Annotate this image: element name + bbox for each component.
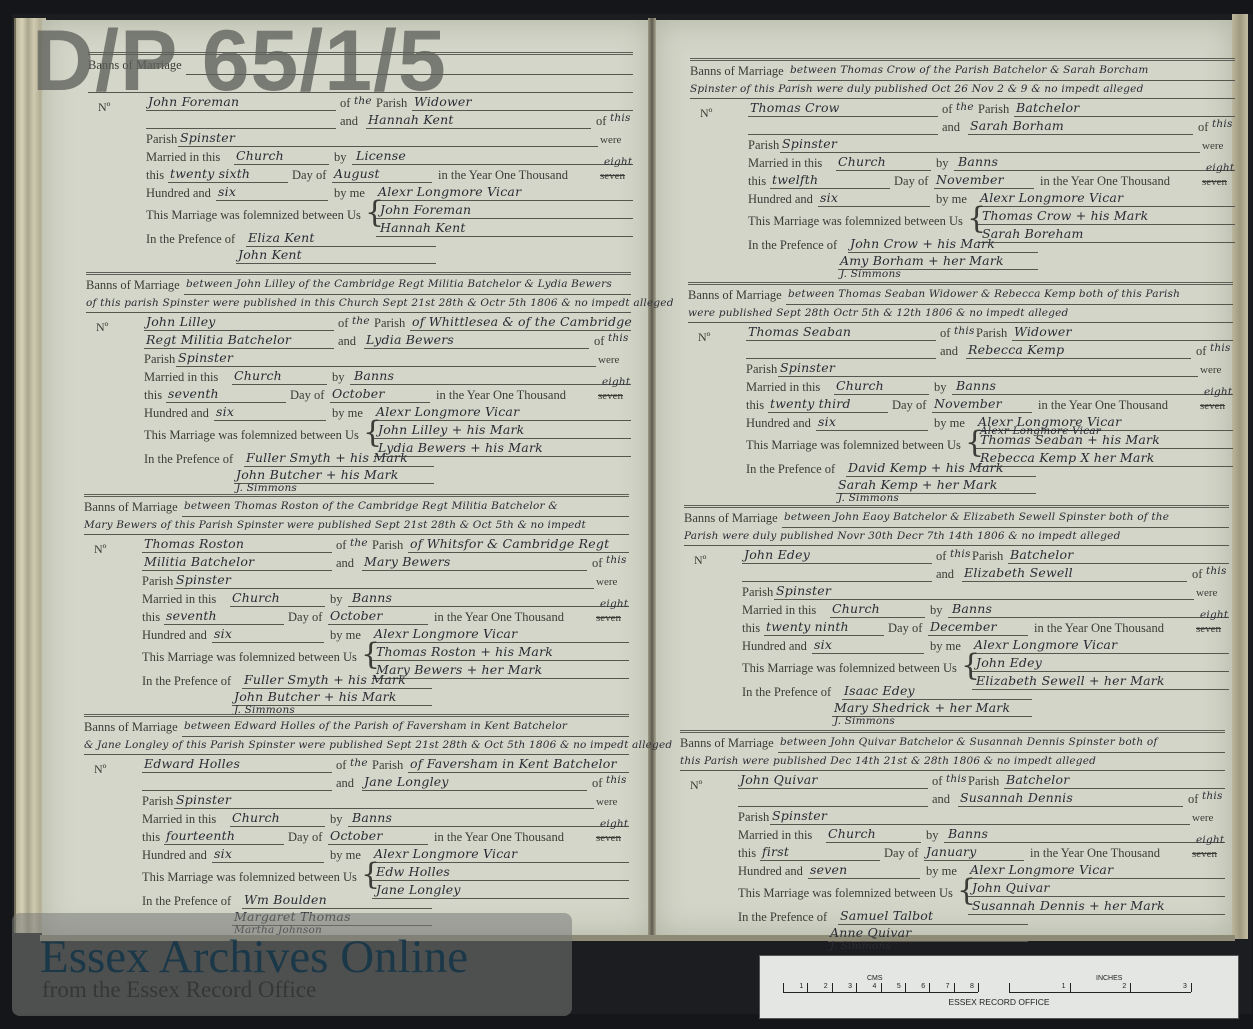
marriage-method: Banns bbox=[958, 154, 998, 169]
day-of-label: Day of bbox=[292, 168, 326, 183]
of-label: of bbox=[1198, 120, 1208, 135]
groom-parish-underline bbox=[1008, 563, 1229, 564]
day-underline bbox=[168, 182, 288, 183]
bride-name: Mary Bewers bbox=[364, 554, 451, 569]
groom-parish-status: Batchelor bbox=[1006, 772, 1069, 787]
by-label: by bbox=[926, 828, 939, 843]
entry-top-rule bbox=[84, 714, 629, 717]
ruler-tick bbox=[783, 983, 784, 992]
groom-name: Thomas Seaban bbox=[748, 324, 851, 339]
signature-underline bbox=[372, 660, 629, 661]
banns-text-line1: between Thomas Roston of the Cambridge R… bbox=[184, 500, 558, 512]
witness-underline bbox=[236, 263, 436, 264]
groom-of-word: the bbox=[956, 101, 974, 113]
banns-label: Banns of Marriage bbox=[84, 500, 178, 515]
by-label: by bbox=[330, 592, 343, 607]
entry-number-label: Nº bbox=[698, 330, 710, 345]
presence-label: In the Prefence of bbox=[142, 674, 231, 689]
year-inserted-word: eight bbox=[1196, 834, 1224, 846]
groom-underline bbox=[738, 788, 928, 789]
signature-underline bbox=[372, 678, 629, 679]
groom-underline bbox=[142, 552, 332, 553]
ruler-tick-label: 7 bbox=[946, 983, 950, 990]
banns-underline bbox=[182, 516, 629, 517]
hundred-and-label: Hundred and bbox=[746, 416, 811, 431]
marriage-entry: Banns of Marriagebetween Thomas Roston o… bbox=[84, 494, 629, 709]
marriage-month: January bbox=[926, 844, 976, 859]
officiant-signature: Alexr Longmore Vicar bbox=[374, 626, 517, 641]
year-hundred-word: six bbox=[216, 404, 234, 419]
marriage-month: August bbox=[334, 166, 380, 181]
banns-underline bbox=[782, 527, 1229, 528]
method-underline bbox=[948, 617, 1229, 618]
entry-top-rule bbox=[680, 730, 1225, 733]
witness-3: J. Simmons bbox=[830, 940, 891, 952]
bride-status: Spinster bbox=[782, 136, 837, 151]
marriage-place: Church bbox=[828, 826, 876, 841]
signature-underline bbox=[976, 448, 1233, 449]
groom-name: John Edey bbox=[744, 547, 810, 562]
of-label: of bbox=[338, 316, 348, 331]
book-spine bbox=[648, 18, 656, 938]
and-label: and bbox=[336, 776, 354, 791]
year-struck-word: seven bbox=[596, 832, 621, 844]
and-label: and bbox=[338, 334, 356, 349]
solemnized-label: This Marriage was folemnized between Us bbox=[144, 428, 359, 443]
signature-underline bbox=[968, 896, 1225, 897]
hundred-and-label: Hundred and bbox=[742, 639, 807, 654]
bride-underline bbox=[362, 570, 587, 571]
bride-status-underline bbox=[770, 824, 1190, 825]
year-label: in the Year One Thousand bbox=[1040, 174, 1170, 189]
groom-signature: John Edey bbox=[976, 655, 1042, 670]
place-underline bbox=[834, 394, 929, 395]
ruler-tick bbox=[929, 983, 930, 992]
ruler-tick-label: 8 bbox=[970, 983, 974, 990]
banns-underline bbox=[84, 754, 629, 755]
bride-status-underline bbox=[174, 808, 594, 809]
bride-underline bbox=[962, 581, 1187, 582]
marriage-month: October bbox=[332, 386, 385, 401]
groom-parish-underline bbox=[1012, 340, 1233, 341]
year-label: in the Year One Thousand bbox=[438, 168, 568, 183]
were-label: were bbox=[596, 576, 617, 588]
were-label: were bbox=[598, 354, 619, 366]
entry-top-rule bbox=[690, 58, 1235, 61]
year-inserted-word: eight bbox=[1206, 162, 1234, 174]
presence-label: In the Prefence of bbox=[144, 452, 233, 467]
presence-label: In the Prefence of bbox=[748, 238, 837, 253]
by-label: by bbox=[930, 603, 943, 618]
bride-signature: Susannah Dennis + her Mark bbox=[972, 898, 1165, 913]
year-hundred-word: six bbox=[820, 190, 838, 205]
marriage-method: License bbox=[356, 148, 406, 163]
marriage-day: first bbox=[762, 844, 789, 859]
signature-underline bbox=[972, 689, 1229, 690]
groom-signature: Edw Holles bbox=[376, 864, 450, 879]
bride-of-word: this bbox=[610, 112, 631, 124]
banns-text-line2: Parish were duly published Novr 30th Dec… bbox=[684, 530, 1121, 542]
of-label: of bbox=[594, 334, 604, 349]
groom-parish-underline bbox=[408, 772, 629, 773]
signature-underline bbox=[372, 898, 629, 899]
witness-1: Eliza Kent bbox=[248, 230, 315, 245]
ruler-tick-label: 1 bbox=[799, 983, 803, 990]
of-label: of bbox=[596, 114, 606, 129]
of-label: of bbox=[932, 774, 942, 789]
parish-label: Parish bbox=[142, 794, 173, 809]
ruler-tick-label: 4 bbox=[873, 983, 877, 990]
bride-status: Spinster bbox=[772, 808, 827, 823]
month-underline bbox=[328, 844, 428, 845]
marriage-place: Church bbox=[836, 378, 884, 393]
month-underline bbox=[934, 188, 1034, 189]
place-underline bbox=[234, 164, 329, 165]
bride-status: Spinster bbox=[176, 572, 231, 587]
entry-number-label: Nº bbox=[96, 320, 108, 335]
entry-number-label: Nº bbox=[700, 106, 712, 121]
hundred-underline bbox=[818, 206, 930, 207]
day-underline bbox=[164, 624, 284, 625]
banns-text-line2: this Parish were published Dec 14th 21st… bbox=[680, 755, 1096, 767]
ruler-tick bbox=[1009, 983, 1010, 992]
marriage-method: Banns bbox=[952, 601, 992, 616]
method-underline bbox=[954, 170, 1235, 171]
ruler-inches-label: INCHES bbox=[1096, 975, 1122, 982]
hundred-underline bbox=[812, 653, 924, 654]
groom-parish-status: Widower bbox=[1014, 324, 1072, 339]
entry-top-rule bbox=[684, 505, 1229, 508]
ruler-tick bbox=[1130, 983, 1131, 992]
officiant-signature: Alexr Longmore Vicar bbox=[374, 846, 517, 861]
marriage-entry: Banns of Marriagebetween John Lilley of … bbox=[86, 272, 631, 487]
entry-number-label: Nº bbox=[690, 778, 702, 793]
married-in-label: Married in this bbox=[142, 592, 216, 607]
married-in-label: Married in this bbox=[742, 603, 816, 618]
groom-parish-status: of Whitsfor & Cambridge Regt bbox=[410, 536, 609, 551]
method-underline bbox=[944, 842, 1225, 843]
groom-parish-status: Batchelor bbox=[1010, 547, 1073, 562]
year-label: in the Year One Thousand bbox=[434, 830, 564, 845]
bride-underline bbox=[364, 348, 589, 349]
bride-status-underline bbox=[176, 366, 596, 367]
marriage-month: October bbox=[330, 608, 383, 623]
month-underline bbox=[924, 860, 1024, 861]
day-underline bbox=[764, 635, 884, 636]
banns-text-line2: Spinster of this Parish were duly publis… bbox=[690, 83, 1144, 95]
witness-1: John Crow + his Mark bbox=[850, 236, 995, 251]
bride-status-underline bbox=[178, 146, 598, 147]
this-label: this bbox=[738, 846, 756, 861]
bride-status: Spinster bbox=[776, 583, 831, 598]
signature-underline bbox=[376, 236, 633, 237]
bride-underline bbox=[958, 806, 1183, 807]
by-me-label: by me bbox=[930, 639, 961, 654]
hundred-underline bbox=[816, 430, 928, 431]
witness-2: John Butcher + his Mark bbox=[236, 467, 399, 482]
and-label: and bbox=[336, 556, 354, 571]
officiant-underline bbox=[978, 206, 1235, 207]
by-me-label: by me bbox=[936, 192, 967, 207]
ruler-tick bbox=[978, 983, 979, 992]
were-label: were bbox=[1200, 364, 1221, 376]
marriage-method: Banns bbox=[352, 590, 392, 605]
day-underline bbox=[164, 844, 284, 845]
hundred-and-label: Hundred and bbox=[142, 848, 207, 863]
ruler-tick-label: 2 bbox=[1122, 983, 1126, 990]
parish-label: Parish bbox=[146, 132, 177, 147]
marriage-month: December bbox=[930, 619, 997, 634]
presence-label: In the Prefence of bbox=[746, 462, 835, 477]
banns-underline bbox=[778, 752, 1225, 753]
groom-name: John Lilley bbox=[146, 314, 216, 329]
presence-label: In the Prefence of bbox=[142, 894, 231, 909]
of-label: of bbox=[592, 556, 602, 571]
officiant-signature: Alexr Longmore Vicar bbox=[974, 637, 1117, 652]
banns-underline bbox=[688, 322, 1233, 323]
groom-signature: Thomas Crow + his Mark bbox=[982, 208, 1148, 223]
groom-underline bbox=[746, 340, 936, 341]
witness-1: Samuel Talbot bbox=[840, 908, 933, 923]
inch-scale: 123 bbox=[1009, 982, 1191, 993]
day-of-label: Day of bbox=[884, 846, 918, 861]
bride-of-word: this bbox=[608, 332, 629, 344]
marriage-place: Church bbox=[232, 810, 280, 825]
day-of-label: Day of bbox=[892, 398, 926, 413]
parish-label: Parish bbox=[738, 810, 769, 825]
year-label: in the Year One Thousand bbox=[1030, 846, 1160, 861]
witness-1: Wm Boulden bbox=[244, 892, 327, 907]
bride-status: Spinster bbox=[180, 130, 235, 145]
groom-parish-status-cont: Militia Batchelor bbox=[144, 554, 254, 569]
witness-3: J. Simmons bbox=[838, 492, 899, 504]
banns-text-line2: Mary Bewers of this Parish Spinster were… bbox=[84, 519, 586, 531]
groom-parish-status: Batchelor bbox=[1016, 100, 1079, 115]
groom-cont-underline bbox=[142, 570, 332, 571]
branding-title: Essex Archives Online bbox=[40, 932, 468, 982]
ruler-tick-label: 6 bbox=[921, 983, 925, 990]
marriage-entry: Banns of Marriagebetween Thomas Seaban W… bbox=[688, 282, 1233, 497]
hundred-and-label: Hundred and bbox=[144, 406, 209, 421]
marriage-method: Banns bbox=[948, 826, 988, 841]
day-underline bbox=[166, 402, 286, 403]
signature-underline bbox=[374, 438, 631, 439]
cm-scale: 12345678 bbox=[783, 982, 978, 993]
banns-underline bbox=[184, 294, 631, 295]
of-label: of bbox=[1188, 792, 1198, 807]
groom-signature: Thomas Seaban + his Mark bbox=[980, 432, 1160, 447]
married-in-label: Married in this bbox=[146, 150, 220, 165]
banns-text-line1: between John Lilley of the Cambridge Reg… bbox=[186, 278, 612, 290]
banns-underline bbox=[690, 98, 1235, 99]
bride-of-word: this bbox=[1202, 790, 1223, 802]
parish-label: Parish bbox=[976, 326, 1007, 341]
marriage-place: Church bbox=[232, 590, 280, 605]
banns-underline bbox=[786, 304, 1233, 305]
by-label: by bbox=[934, 380, 947, 395]
month-underline bbox=[332, 182, 432, 183]
entry-number-label: Nº bbox=[694, 553, 706, 568]
year-struck-word: seven bbox=[598, 390, 623, 402]
marriage-day: fourteenth bbox=[166, 828, 235, 843]
parish-label: Parish bbox=[144, 352, 175, 367]
groom-of-word: the bbox=[352, 315, 370, 327]
entry-number-label: Nº bbox=[94, 542, 106, 557]
witness-2: Sarah Kemp + her Mark bbox=[838, 477, 998, 492]
parish-label: Parish bbox=[968, 774, 999, 789]
marriage-entry: Banns of Marriagebetween John Quivar Bat… bbox=[680, 730, 1225, 945]
and-label: and bbox=[936, 567, 954, 582]
banns-text-line2: of this parish Spinster were published i… bbox=[86, 297, 674, 309]
groom-of-word: this bbox=[954, 325, 975, 337]
bride-status-underline bbox=[778, 376, 1198, 377]
officiant-signature: Alexr Longmore Vicar bbox=[378, 184, 521, 199]
solemnized-label: This Marriage was folemnized between Us bbox=[748, 214, 963, 229]
banns-label: Banns of Marriage bbox=[690, 64, 784, 79]
officiant-signature: Alexr Longmore Vicar bbox=[376, 404, 519, 419]
marriage-entry: Banns of Marriagebetween Thomas Crow of … bbox=[690, 58, 1235, 273]
place-underline bbox=[232, 384, 327, 385]
year-struck-word: seven bbox=[1202, 176, 1227, 188]
this-label: this bbox=[748, 174, 766, 189]
year-label: in the Year One Thousand bbox=[1034, 621, 1164, 636]
banns-text-line1: between Thomas Crow of the Parish Batche… bbox=[790, 64, 1149, 76]
banns-text-line1: between John Quivar Batchelor & Susannah… bbox=[780, 736, 1157, 748]
bride-of-word: this bbox=[1212, 118, 1233, 130]
ruler-tick bbox=[1070, 983, 1071, 992]
ruler-cms-label: CMS bbox=[867, 975, 883, 982]
by-label: by bbox=[330, 812, 343, 827]
of-label: of bbox=[336, 538, 346, 553]
banns-text-line1: between Thomas Seaban Widower & Rebecca … bbox=[788, 288, 1180, 300]
marriage-day: twelfth bbox=[772, 172, 818, 187]
bride-underline bbox=[968, 134, 1193, 135]
banns-underline bbox=[684, 545, 1229, 546]
year-inserted-word: eight bbox=[1204, 386, 1232, 398]
bride-of-word: this bbox=[1210, 342, 1231, 354]
by-me-label: by me bbox=[332, 406, 363, 421]
presence-label: In the Prefence of bbox=[738, 910, 827, 925]
solemnized-label: This Marriage was folemnized between Us bbox=[742, 661, 957, 676]
bride-name: Sarah Borham bbox=[970, 118, 1064, 133]
groom-name: Thomas Roston bbox=[144, 536, 244, 551]
year-hundred-word: seven bbox=[810, 862, 847, 877]
by-me-label: by me bbox=[334, 186, 365, 201]
year-inserted-word: eight bbox=[604, 156, 632, 168]
ruler-tick-label: 2 bbox=[824, 983, 828, 990]
ruler-tick-label: 3 bbox=[1183, 983, 1187, 990]
signature-underline bbox=[976, 466, 1233, 467]
groom-signature: John Foreman bbox=[380, 202, 471, 217]
year-hundred-word: six bbox=[218, 184, 236, 199]
year-label: in the Year One Thousand bbox=[434, 610, 564, 625]
were-label: were bbox=[1202, 140, 1223, 152]
groom-underline bbox=[748, 116, 938, 117]
day-of-label: Day of bbox=[894, 174, 928, 189]
this-label: this bbox=[142, 610, 160, 625]
groom-parish-status-cont: Regt Militia Batchelor bbox=[146, 332, 291, 347]
banns-text-line1: between John Eaoy Batchelor & Elizabeth … bbox=[784, 511, 1169, 523]
ruler-caption: ESSEX RECORD OFFICE bbox=[760, 997, 1238, 1007]
witness-1: Fuller Smyth + his Mark bbox=[244, 672, 406, 687]
witness-2: John Butcher + his Mark bbox=[234, 689, 397, 704]
this-label: this bbox=[142, 830, 160, 845]
document-reference-watermark: D/P 65/1/5 bbox=[32, 18, 447, 104]
marriage-day: twenty ninth bbox=[766, 619, 849, 634]
officiant-underline bbox=[374, 420, 631, 421]
bride-of-word: this bbox=[1206, 565, 1227, 577]
entry-top-rule bbox=[688, 282, 1233, 285]
entry-top-rule bbox=[86, 272, 631, 275]
by-me-label: by me bbox=[330, 628, 361, 643]
day-of-label: Day of bbox=[888, 621, 922, 636]
hundred-underline bbox=[212, 642, 324, 643]
signature-underline bbox=[968, 914, 1225, 915]
hundred-underline bbox=[214, 420, 326, 421]
groom-underline bbox=[144, 330, 334, 331]
officiant-signature: Alexr Longmore Vicar bbox=[980, 190, 1123, 205]
place-underline bbox=[230, 826, 325, 827]
banns-label: Banns of Marriage bbox=[84, 720, 178, 735]
banns-underline bbox=[680, 770, 1225, 771]
banns-label: Banns of Marriage bbox=[680, 736, 774, 751]
and-label: and bbox=[942, 120, 960, 135]
groom-of-word: this bbox=[950, 548, 971, 560]
groom-parish-underline bbox=[1014, 116, 1235, 117]
marriage-method: Banns bbox=[352, 810, 392, 825]
year-label: in the Year One Thousand bbox=[436, 388, 566, 403]
year-struck-word: seven bbox=[1196, 623, 1221, 635]
witness-2: Anne Quivar bbox=[830, 925, 912, 940]
married-in-label: Married in this bbox=[144, 370, 218, 385]
bride-of-word: this bbox=[606, 554, 627, 566]
bride-underline bbox=[366, 128, 591, 129]
and-label: and bbox=[940, 344, 958, 359]
bride-status: Spinster bbox=[780, 360, 835, 375]
married-in-label: Married in this bbox=[142, 812, 216, 827]
banns-label: Banns of Marriage bbox=[684, 511, 778, 526]
groom-cont-underline bbox=[144, 348, 334, 349]
presence-label: In the Prefence of bbox=[742, 685, 831, 700]
marriage-day: twenty third bbox=[770, 396, 851, 411]
bride-signature: Elizabeth Sewell + her Mark bbox=[976, 673, 1165, 688]
year-label: in the Year One Thousand bbox=[1038, 398, 1168, 413]
hundred-underline bbox=[216, 200, 328, 201]
ruler-tick bbox=[881, 983, 882, 992]
by-label: by bbox=[332, 370, 345, 385]
marriage-entry: Banns of Marriagebetween Edward Holles o… bbox=[84, 714, 629, 929]
ruler-tick bbox=[954, 983, 955, 992]
day-of-label: Day of bbox=[288, 610, 322, 625]
groom-cont-underline bbox=[146, 128, 336, 129]
marriage-month: November bbox=[936, 172, 1004, 187]
officiant-signature: Alexr Longmore Vicar bbox=[970, 862, 1113, 877]
of-label: of bbox=[1196, 344, 1206, 359]
year-struck-word: seven bbox=[1192, 848, 1217, 860]
and-label: and bbox=[340, 114, 358, 129]
married-in-label: Married in this bbox=[748, 156, 822, 171]
bride-underline bbox=[362, 790, 587, 791]
of-label: of bbox=[336, 758, 346, 773]
hundred-underline bbox=[212, 862, 324, 863]
signature-underline bbox=[978, 224, 1235, 225]
ruler-tick-label: 5 bbox=[897, 983, 901, 990]
year-struck-word: seven bbox=[1200, 400, 1225, 412]
parish-label: Parish bbox=[748, 138, 779, 153]
and-label: and bbox=[932, 792, 950, 807]
signature-underline bbox=[978, 242, 1235, 243]
presence-label: In the Prefence of bbox=[146, 232, 235, 247]
